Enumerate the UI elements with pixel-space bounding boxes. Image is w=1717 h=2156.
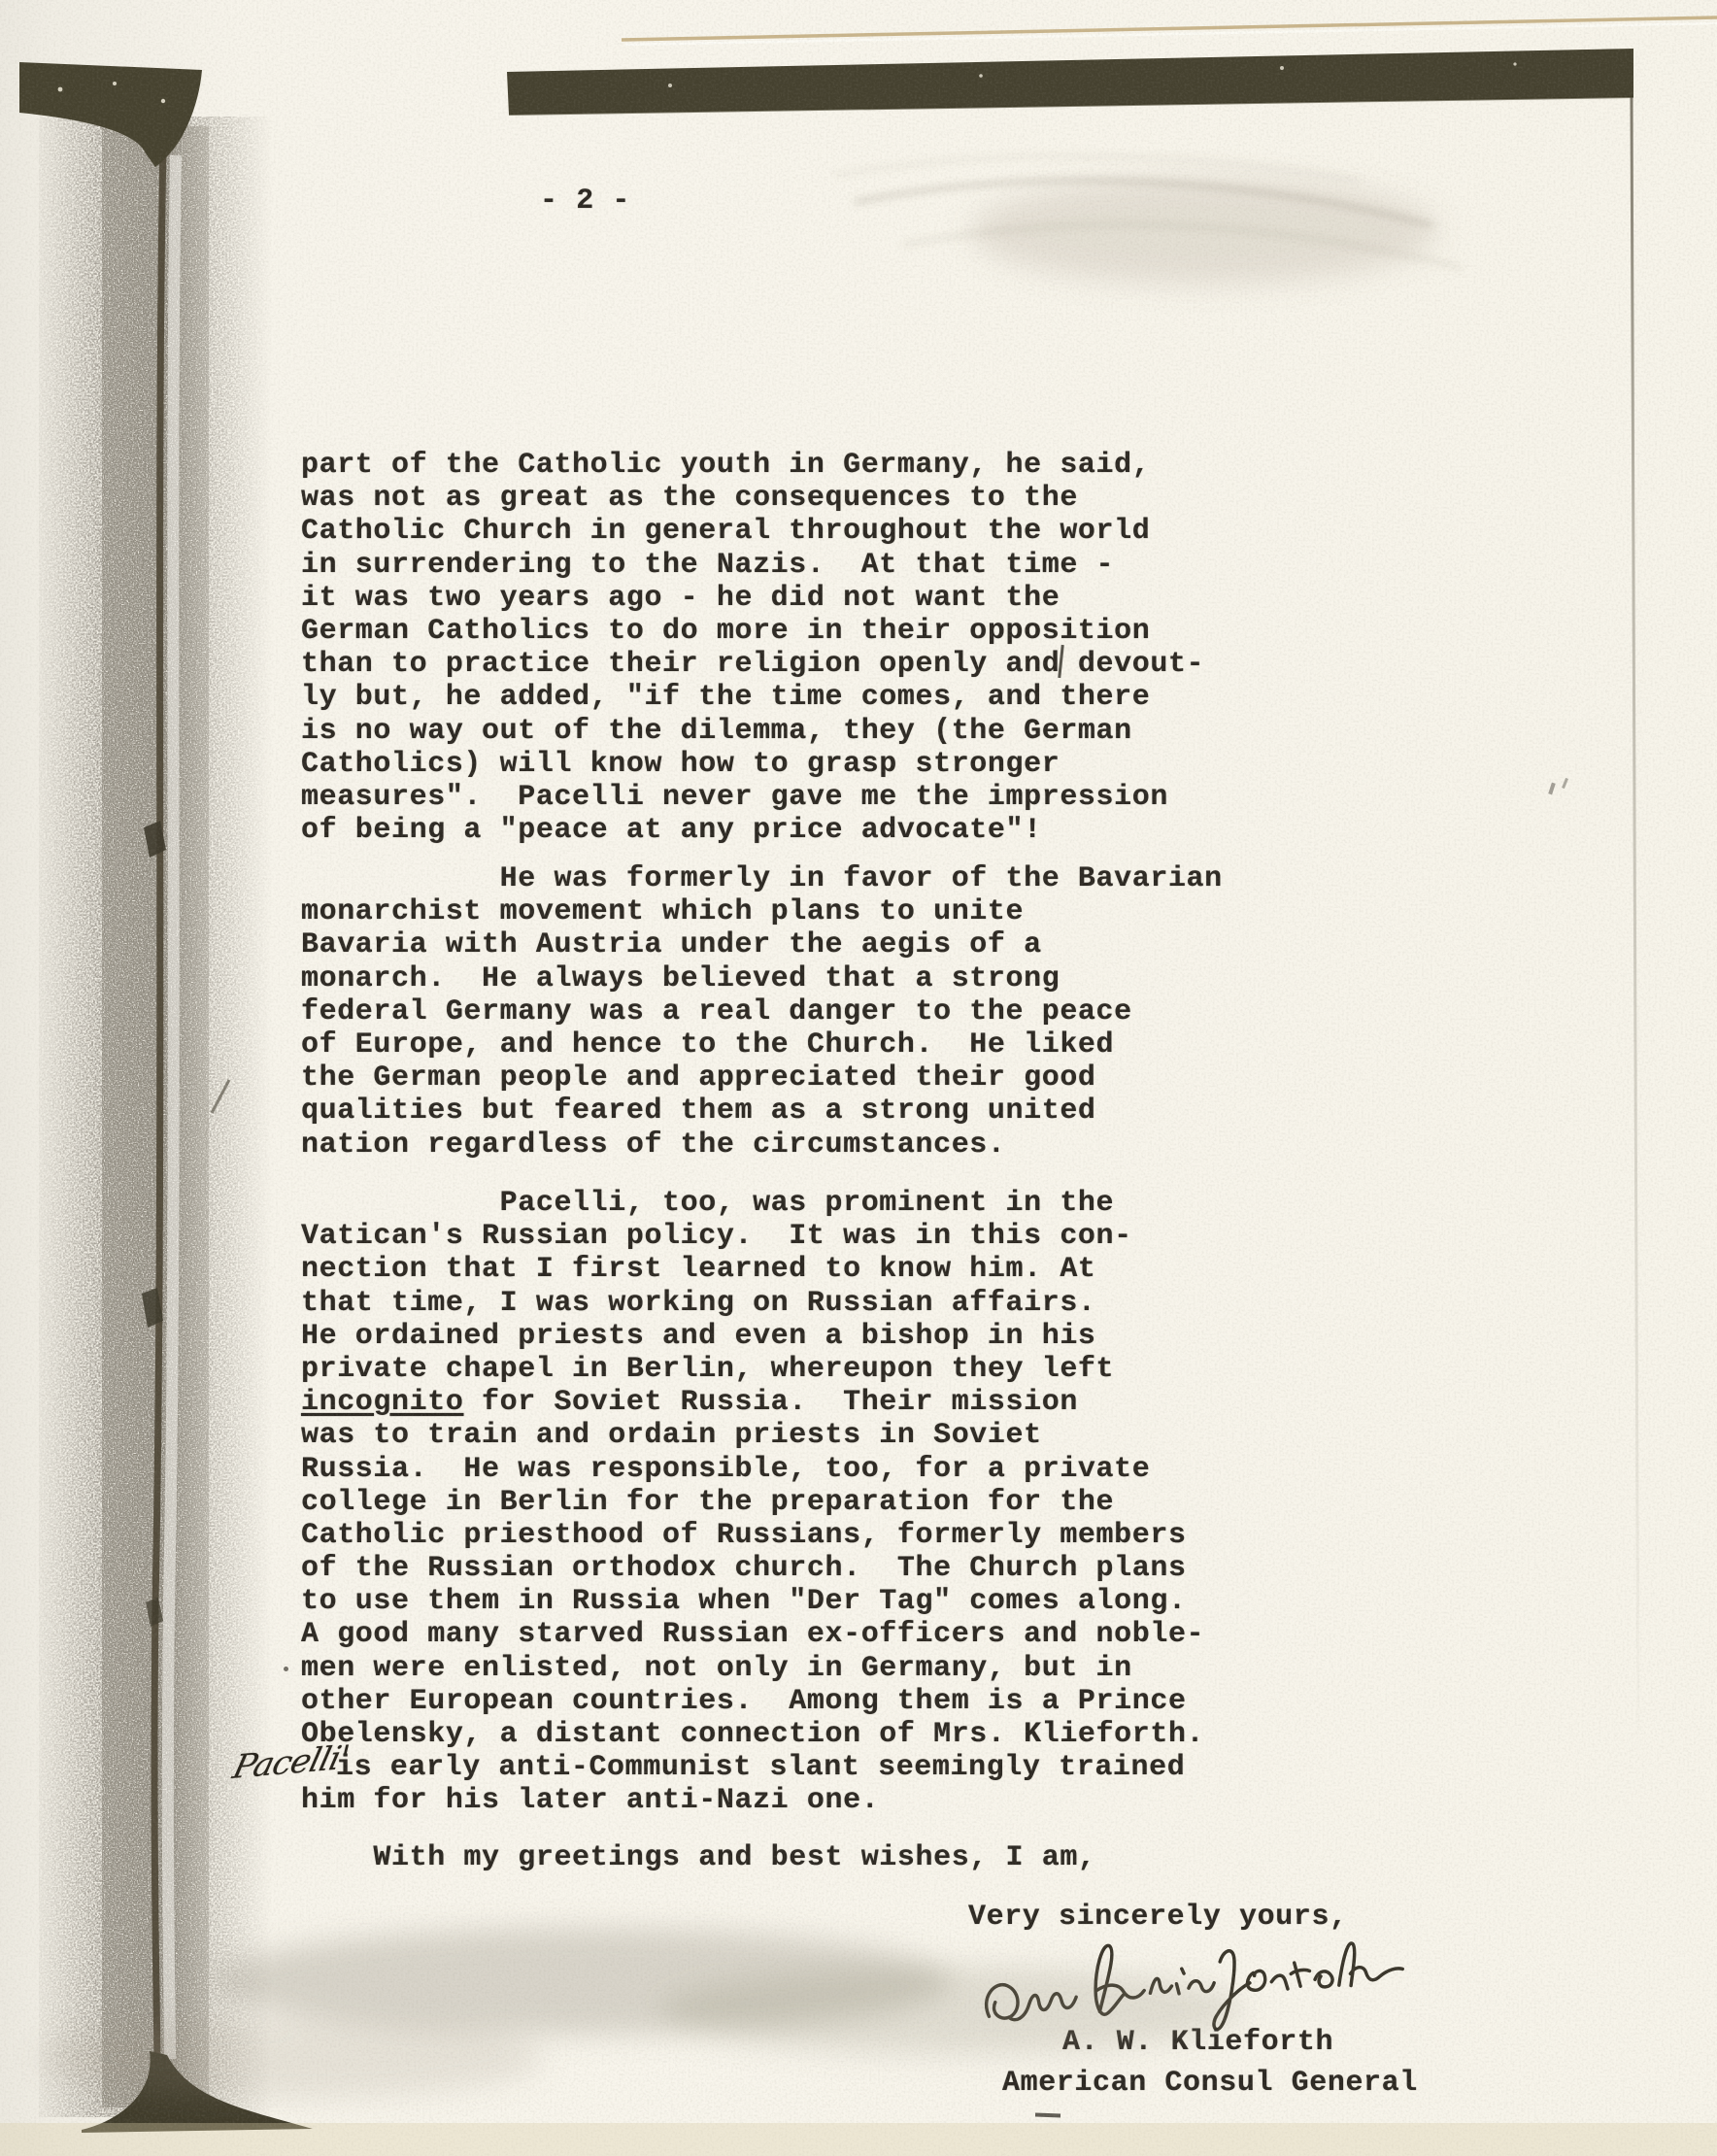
stray-tick-mark xyxy=(1548,783,1556,795)
typewritten-line: of being a "peace at any price advocate"… xyxy=(301,814,1204,847)
typewritten-line: of the Russian orthodox church. The Chur… xyxy=(301,1552,1204,1585)
typewritten-line: Pacelli'is early anti-Communist slant se… xyxy=(301,1751,1204,1784)
typewritten-line: measures". Pacelli never gave me the imp… xyxy=(301,781,1204,814)
typewritten-line: was not as great as the consequences to … xyxy=(301,482,1204,515)
typewritten-line: private chapel in Berlin, whereupon they… xyxy=(301,1353,1204,1386)
typewritten-line: other European countries. Among them is … xyxy=(301,1685,1204,1718)
typewritten-line: monarch. He always believed that a stron… xyxy=(301,962,1223,995)
typewritten-line: German Catholics to do more in their opp… xyxy=(301,615,1204,648)
typewritten-line: federal Germany was a real danger to the… xyxy=(301,995,1223,1028)
closing-line: With my greetings and best wishes, I am, xyxy=(301,1841,1096,1874)
typewritten-line: Pacelli, too, was prominent in the xyxy=(301,1187,1204,1220)
typewritten-line: Vatican's Russian policy. It was in this… xyxy=(301,1220,1204,1253)
typewritten-line: nation regardless of the circumstances. xyxy=(301,1129,1223,1162)
stray-tick-mark xyxy=(1562,778,1568,789)
paragraph-2: He was formerly in favor of the Bavarian… xyxy=(301,862,1223,1162)
signer-name: A. W. Klieforth xyxy=(1062,2026,1333,2059)
typewritten-line: incognito for Soviet Russia. Their missi… xyxy=(301,1386,1204,1419)
typewritten-line: in surrendering to the Nazis. At that ti… xyxy=(301,549,1204,582)
typewritten-line: him for his later anti-Nazi one. xyxy=(301,1784,1204,1817)
typewritten-line: of Europe, and hence to the Church. He l… xyxy=(301,1028,1223,1061)
typewritten-line: is no way out of the dilemma, they (the … xyxy=(301,715,1204,748)
typewritten-line: than to practice their religion openly a… xyxy=(301,648,1204,681)
typewritten-line: part of the Catholic youth in Germany, h… xyxy=(301,449,1204,482)
handwritten-margin-annotation: Pacelli' xyxy=(229,1738,353,1787)
typewritten-line: that time, I was working on Russian affa… xyxy=(301,1287,1204,1320)
typewritten-line: ly but, he added, "if the time comes, an… xyxy=(301,681,1204,714)
signer-title: American Consul General xyxy=(1002,2067,1418,2100)
typewritten-line: Catholic priesthood of Russians, formerl… xyxy=(301,1519,1204,1552)
typewritten-line: monarchist movement which plans to unite xyxy=(301,895,1223,928)
typewritten-line: Catholics) will know how to grasp strong… xyxy=(301,748,1204,781)
typewritten-line: nection that I first learned to know him… xyxy=(301,1253,1204,1286)
typewritten-line: Russia. He was responsible, too, for a p… xyxy=(301,1453,1204,1486)
typewritten-line: Obelensky, a distant connection of Mrs. … xyxy=(301,1718,1204,1751)
typewritten-line: the German people and appreciated their … xyxy=(301,1061,1223,1095)
typewritten-line: A good many starved Russian ex-officers … xyxy=(301,1618,1204,1651)
paragraph-3: Pacelli, too, was prominent in theVatica… xyxy=(301,1187,1204,1818)
typewritten-line: Bavaria with Austria under the aegis of … xyxy=(301,928,1223,961)
typewritten-line: qualities but feared them as a strong un… xyxy=(301,1095,1223,1128)
letter-content: - 2 - part of the Catholic youth in Germ… xyxy=(0,0,1717,2156)
typewritten-line: was to train and ordain priests in Sovie… xyxy=(301,1419,1204,1452)
typewritten-line: it was two years ago - he did not want t… xyxy=(301,582,1204,615)
typewritten-line: to use them in Russia when "Der Tag" com… xyxy=(301,1585,1204,1618)
paragraph-1: part of the Catholic youth in Germany, h… xyxy=(301,449,1204,847)
typewritten-line: He was formerly in favor of the Bavarian xyxy=(301,862,1223,895)
typewritten-line: Catholic Church in general throughout th… xyxy=(301,515,1204,548)
scanned-letter-page: - 2 - part of the Catholic youth in Germ… xyxy=(0,0,1717,2156)
stray-dot-mark xyxy=(284,1667,288,1671)
page-number: - 2 - xyxy=(540,185,630,218)
typewritten-line: college in Berlin for the preparation fo… xyxy=(301,1486,1204,1519)
typewritten-line: men were enlisted, not only in Germany, … xyxy=(301,1652,1204,1685)
title-underline-mark xyxy=(1035,2113,1060,2118)
typewritten-line: He ordained priests and even a bishop in… xyxy=(301,1320,1204,1353)
